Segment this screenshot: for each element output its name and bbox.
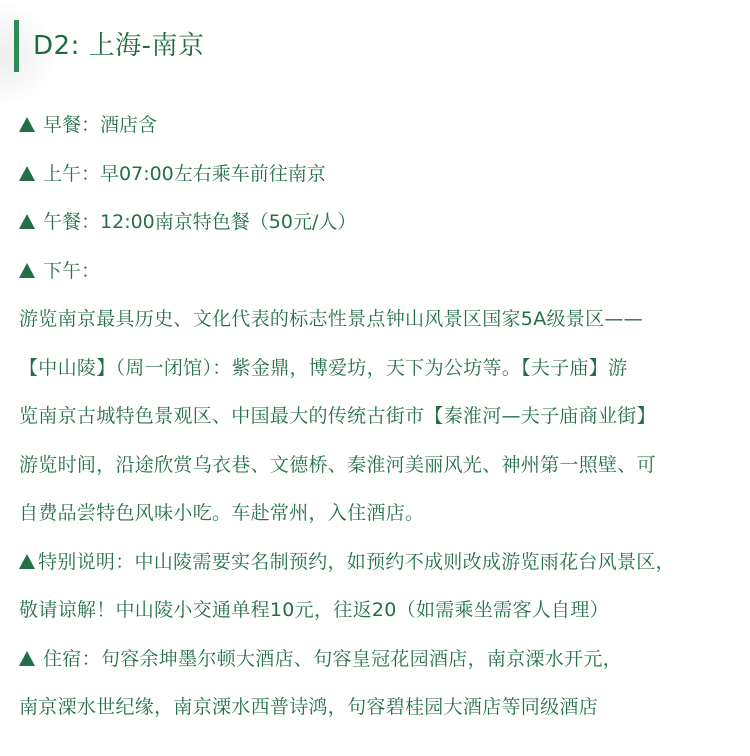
paragraph-line: 览南京古城特色景观区、中国最大的传统古街市【秦淮河—夫子庙商业街】	[19, 397, 739, 446]
lodging-text: 住宿：句容余坤墨尔顿大酒店、句容皇冠花园酒店，南京溧水开元，	[43, 648, 622, 670]
triangle-bullet-icon	[19, 117, 35, 132]
itinerary-content: 早餐：酒店含 上午：早07:00左右乘车前往南京 午餐：12:00南京特色餐（5…	[19, 106, 739, 737]
lodging: 住宿：句容余坤墨尔顿大酒店、句容皇冠花园酒店，南京溧水开元， 南京溧水世纪缘，南…	[19, 640, 739, 737]
paragraph-line: 【中山陵】（周一闭馆）：紫金鼎，博爱坊，天下为公坊等。【夫子庙】游	[19, 349, 739, 398]
page-title: D2: 上海-南京	[33, 20, 204, 72]
special-note-text: 特别说明：中山陵需要实名制预约，如预约不成则改成游览雨花台风景区，	[38, 551, 675, 573]
special-note-line: 特别说明：中山陵需要实名制预约，如预约不成则改成游览雨花台风景区，	[19, 543, 739, 592]
item-value: 早07:00左右乘车前往南京	[100, 163, 326, 185]
triangle-bullet-icon	[19, 166, 35, 181]
afternoon-description: 游览南京最具历史、文化代表的标志性景点钟山风景区国家5A级景区—— 【中山陵】（…	[19, 300, 739, 543]
item-label: 下午：	[43, 260, 100, 282]
day-header: D2: 上海-南京	[14, 20, 204, 72]
paragraph-line: 游览时间，沿途欣赏乌衣巷、文德桥、秦淮河美丽风光、神州第一照壁、可	[19, 446, 739, 495]
special-note: 特别说明：中山陵需要实名制预约，如预约不成则改成游览雨花台风景区， 敬请谅解！中…	[19, 543, 739, 640]
paragraph-line: 自费品尝特色风味小吃。车赴常州，入住酒店。	[19, 494, 739, 543]
triangle-bullet-icon	[19, 651, 35, 666]
item-value: 12:00南京特色餐（50元/人）	[100, 211, 356, 233]
lodging-line: 住宿：句容余坤墨尔顿大酒店、句容皇冠花园酒店，南京溧水开元，	[19, 640, 739, 689]
item-label: 上午：	[43, 163, 100, 185]
item-label: 午餐：	[43, 211, 100, 233]
triangle-bullet-icon	[19, 214, 35, 229]
item-lunch: 午餐：12:00南京特色餐（50元/人）	[19, 203, 739, 252]
header-accent-bar	[14, 20, 19, 72]
lodging-line: 南京溧水世纪缘，南京溧水西普诗鸿，句容碧桂园大酒店等同级酒店	[19, 688, 739, 737]
item-morning: 上午：早07:00左右乘车前往南京	[19, 155, 739, 204]
triangle-bullet-icon	[19, 263, 35, 278]
triangle-bullet-icon	[19, 554, 35, 569]
item-label: 早餐：	[43, 114, 100, 136]
paragraph-line: 游览南京最具历史、文化代表的标志性景点钟山风景区国家5A级景区——	[19, 300, 739, 349]
item-breakfast: 早餐：酒店含	[19, 106, 739, 155]
item-afternoon: 下午：	[19, 252, 739, 301]
special-note-line: 敬请谅解！中山陵小交通单程10元，往返20（如需乘坐需客人自理）	[19, 591, 739, 640]
item-value: 酒店含	[100, 114, 157, 136]
